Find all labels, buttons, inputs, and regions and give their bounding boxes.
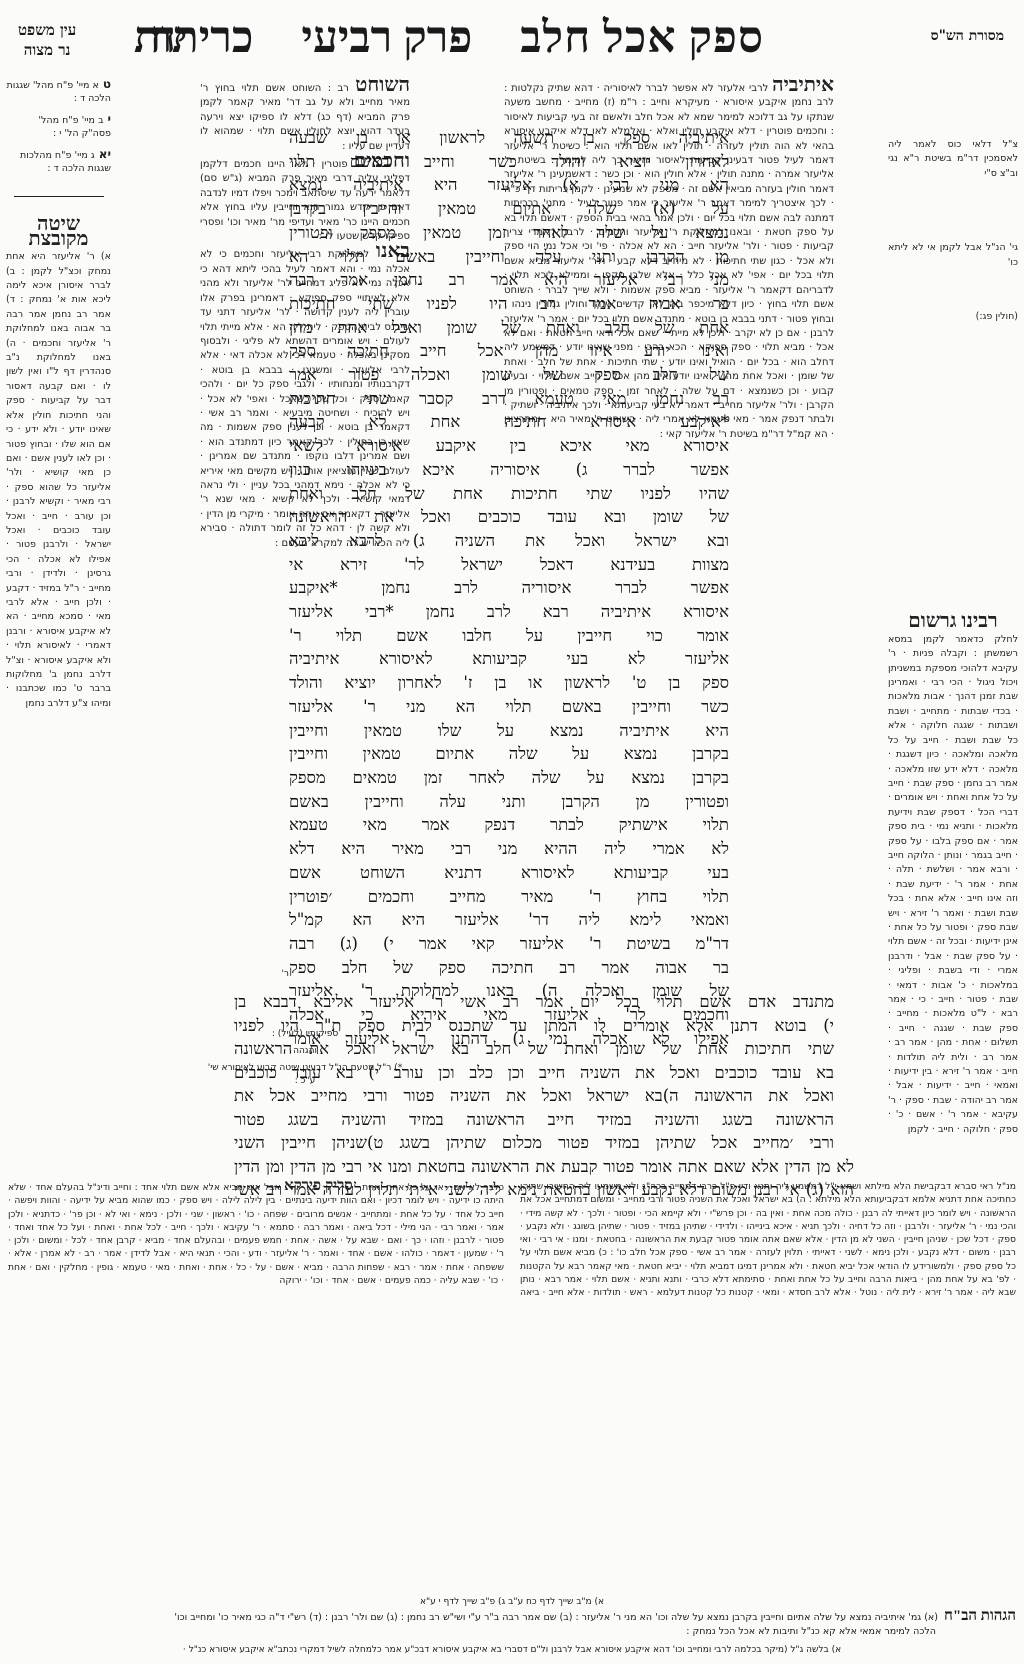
gemara-line: בקרבן נמצא על שלה לאחר זמן טמאים מספק: [289, 766, 729, 790]
gemara-line: תלוי אישתיק לבתר דנפק אמר מאי טעמא: [289, 813, 729, 837]
gemara-line: בר אבוה אמר רב היו לפניו שתי חתיכות: [289, 292, 729, 316]
gemara-line: בעי קביעותא לאיסורא דתניא השוחט אשם: [289, 861, 729, 885]
hagahot-line-2: הלכה למימר אמאי אלא קא כנ"ל ותיבות לא אכ…: [8, 1625, 1016, 1639]
ein-mishpat-line1: עין משפט: [18, 20, 76, 40]
ein-entry-text: ב מיי' פ"ח מהל' פסה"ק הל' י :: [38, 115, 111, 139]
sulik-pirka-label: סליק פירקא: [284, 1180, 353, 1194]
hagahot-note-1: א) מ"ב שייך לדף כח ע"ב ג) פ"ב שייך לדף י…: [8, 1595, 1016, 1609]
ein-mishpat-entry: יב מיי' פ"ח מהל' פסה"ק הל' י :: [6, 113, 111, 140]
ein-entry-letter: י: [107, 112, 111, 126]
gemara-line: איתיביה ספק בן תשעה לראשון או בן שבעה: [289, 126, 729, 150]
gemara-line: לא אמרי ליה ההיא מני רבי מאיר היא דלא: [289, 837, 729, 861]
gemara-line: ואמאי לימא ליה דר' אליעזר היא הא קמ"ל: [289, 908, 729, 932]
page-header: מסורת הש"ס ספק אכל חלב פרק רביעי כריתות …: [0, 6, 1024, 68]
gemara-line: כשר וחייבין באשם תלוי הא מני ר' אליעזר: [289, 695, 729, 719]
margin-note-3: (חולין פג:): [888, 310, 1018, 324]
perek-word: פרק: [403, 13, 472, 62]
perek-label: פרק רביעי: [301, 12, 472, 63]
running-title: ספק אכל חלב פרק רביעי כריתות: [134, 12, 764, 63]
shita-mekubetzet-text: א) ר' אליעזר היא אחת נמחק וכצ"ל לקמן : ב…: [6, 250, 111, 711]
ein-mishpat-entry: יאג מיי' פ"ח מהלכות שגגות הלכה ד :: [6, 148, 111, 175]
gemara-wide-text: מתנדב אדם אשם תלוי בכל יום אמר רב אשי ר'…: [234, 990, 834, 1202]
hagahot-note-2: א) בלשה ג"ל (מיקר בכלמה לרבי ומחייב וכו'…: [8, 1643, 1016, 1657]
gemara-line: אפשר לברר איסוריה לרב נחמן *איקבע: [289, 576, 729, 600]
gemara-line: נמצא על שלה לאחר זמן טמאין מספק ופטורין: [289, 221, 729, 245]
gemara-line: לאחרון יוציא והולד כשר וחייב באשם תלוי: [289, 150, 729, 174]
ein-entry-letter: יא: [99, 147, 111, 161]
gemara-line: איסורא איתיביה רבא לרב נחמן *רבי אליעזר: [289, 600, 729, 624]
gemara-line: על (א) שלה אתיום טמאין וחייבין בקרבן: [289, 197, 729, 221]
gemara-line: איסורא מאי איכא בין איקבע איסורא לשאי: [289, 434, 729, 458]
gemara-line: אפשר לברר ג) איסוריה איכא בינייהו כגון: [289, 458, 729, 482]
gemara-text: איתיביה ספק בן תשעה לראשון או בן שבעה לא…: [289, 126, 729, 1050]
rabbeinu-gershom-title: רבינו גרשום: [888, 614, 1018, 628]
gemara-wide-line: לא מן הדין אלא שאם אתה אומר פטור קבעת את…: [234, 1155, 854, 1179]
rashi-dibur-hamatchil: איתיביה: [772, 78, 834, 96]
ein-mishpat-label: עין משפט נר מצוה: [18, 20, 76, 60]
folio-number: יח: [150, 12, 188, 63]
gemara-line: של חלב ספק של שומן ואכלה פטור אמר: [289, 363, 729, 387]
shita-mekubetzet-title: שיטה מקובצת: [6, 217, 111, 246]
gemara-line: ופטורין מן הקרבן ותני עלה וחייבין באשם: [289, 790, 729, 814]
gemara-line: אליעזר לא בעי קביעותא לאיסורא איתיביה: [289, 647, 729, 671]
talmud-page: מסורת הש"ס ספק אכל חלב פרק רביעי כריתות …: [0, 0, 1024, 1664]
gemara-line: אחת של חלב ואחת של שומן ואכל אחת מהן: [289, 316, 729, 340]
left-margin: טא מיי' פ"ח מהל' שגגות הלכה ד : יב מיי' …: [6, 76, 111, 1186]
ein-entry-text: ג מיי' פ"ח מהלכות שגגות הלכה ד :: [20, 150, 111, 174]
gemara-line: ואינו יודע איזו מהן אכל חייב חתיכה ספק: [289, 339, 729, 363]
ein-mishpat-line2: נר מצוה: [18, 40, 76, 60]
gemara-line: מן הקרבן ותני עלה וחייבין באשם תלוי הא: [289, 245, 729, 269]
tosafot-dibur-1: השוחט: [355, 78, 410, 96]
hagahot-line-1: הגהות הב"ח(א) גמ' איתיביה נמצא על שלה את…: [8, 1609, 1016, 1625]
gemara-line: היא איתיביה נמצא על שלו טמאין וחייבין: [289, 719, 729, 743]
gemara-line: שהיו לפניו שתי חתיכות אחת של חלב ואחת: [289, 482, 729, 506]
gemara-wide-line: שתי חתיכות אחת של שומן ואחת של חלב בא יש…: [234, 1037, 834, 1061]
chapter-name: ספק אכל חלב: [520, 12, 764, 63]
margin-note-2: גי' הנ"ל אבל לקמן אי לא ליתא כו': [888, 241, 1018, 270]
margin-note-1: צ"ל דלאי כוס לאמר ליה לאסמכין דר"מ בשיטת…: [888, 138, 1018, 181]
gemara-line: הא מני רבי א) אליעזר היא איתיביה נמצא: [289, 173, 729, 197]
gemara-line: דר"מ בשיטת ר' אליעזר קאי אמר י) (ג) רבה: [289, 932, 729, 956]
gemara-line: של שומן ובא עובד כוכבים ואכל את הראשונה: [289, 505, 729, 529]
gemara-line: ספק בן ט' לראשון או בן ז' לאחרון יוציא ו…: [289, 671, 729, 695]
gemara-line: רב נחמן מאי טעמא דרב קסבר שתי חתיכות: [289, 387, 729, 411]
gemara-line: תלוי בחוץ ר' מאיר מחייב וחכמים ׳פוטרין: [289, 885, 729, 909]
gemara-wide-line: בא עובד כוכבים ואכל את השניה חייב וכן כל…: [234, 1061, 834, 1085]
ein-entry-letter: ט: [103, 77, 111, 91]
ein-mishpat-entries: טא מיי' פ"ח מהל' שגגות הלכה ד : יב מיי' …: [6, 78, 111, 175]
gemara-wide-line: י) בוטא דתנן אלא אומרים לו המתן עד שתכנס…: [234, 1014, 834, 1038]
gemara-wide-line: הראשונה בשגג והשניה במזיד חייב הראשונה ב…: [234, 1108, 834, 1132]
hagahot-habach: א) מ"ב שייך לדף כח ע"ב ג) פ"ב שייך לדף י…: [8, 1595, 1016, 1657]
ornament-divider-icon: [6, 189, 111, 203]
gemara-line: *איקבע איסורא חתיכה אחת לא קבעה: [289, 410, 729, 434]
gemara-ref-mark: ר': [281, 968, 289, 980]
hagahot-title: הגהות הב"ח: [944, 1608, 1016, 1624]
hagahot-text-1: (א) גמ' איתיביה נמצא על שלה אתיום וחייבי…: [174, 1612, 938, 1623]
gemara-wide-line: ורבי ׳מחייב אכל שתיהן במזיד פטור מכלום ש…: [234, 1131, 834, 1155]
gemara-line: בר אבוה אמר רב חתיכה ספק של חלב ספק: [289, 956, 729, 980]
gemara-wide-line: מתנדב אדם אשם תלוי בכל יום אמר רב אשי ר'…: [234, 990, 834, 1014]
bottom-commentary: מנ"ל ראי סברא דבקבישת הלא מילתא ושמא י"ל…: [8, 1180, 1016, 1570]
ein-mishpat-entry: טא מיי' פ"ח מהל' שגגות הלכה ד :: [6, 78, 111, 105]
perek-number: רביעי: [301, 13, 392, 62]
ein-entry-text: א מיי' פ"ח מהל' שגגות הלכה ד :: [7, 80, 111, 104]
gemara-line: אומר כוי חייבין על חלבו אשם תלוי ר': [289, 624, 729, 648]
gemara-line: ובא ישראל ואכל את השניה ג) לרבא ליכא: [289, 529, 729, 553]
bottom-commentary-text-2: אבל אינו מביא אלא אשם תלוי אחד : וחייב ו…: [8, 1182, 504, 1286]
masoret-hashas-label: מסורת הש"ס: [931, 28, 1004, 45]
gemara-line: מני רבי אליעזר היא אמר רב נחמן אמר רבה: [289, 268, 729, 292]
gemara-line: בקרבן נמצא על שלה אתיום טמאין וחייבין: [289, 742, 729, 766]
gemara-wide-line: ואכל את הראשונה ה)בא ישראל ואכל את השניה…: [234, 1084, 834, 1108]
gemara-line: מצוות בעידנא דאכל ישראל לר' זירא אי: [289, 553, 729, 577]
right-margin-commentary: צ"ל דלאי כוס לאמר ליה לאסמכין דר"מ בשיטת…: [888, 78, 1018, 1208]
rabbeinu-gershom-text: לחלק כדאמר לקמן במסא רשמשתן : וקבלה פניו…: [888, 633, 1018, 1137]
